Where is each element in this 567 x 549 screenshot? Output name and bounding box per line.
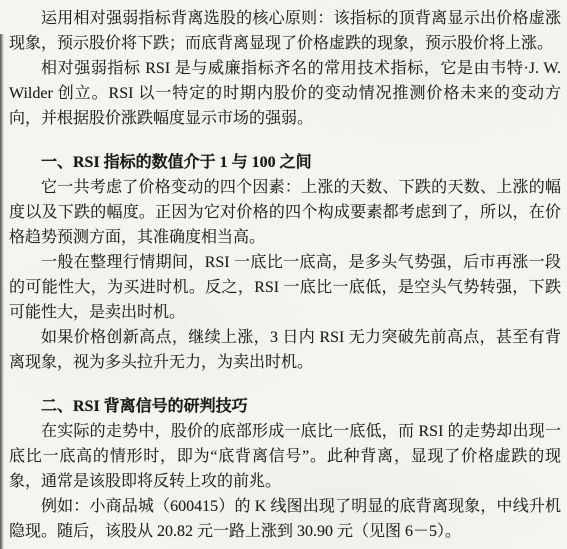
body-paragraph: 例如：小商品城（600415）的 K 线图出现了明显的底背离现象，中线升机隐现。… xyxy=(9,494,561,544)
body-paragraph: 在实际的走势中，股价的底部形成一底比一底低，而 RSI 的走势却出现一底比一底高… xyxy=(9,419,561,494)
body-paragraph: 相对强弱指标 RSI 是与威廉指标齐名的常用技术指标，它是由韦特·J. W. W… xyxy=(9,56,561,131)
scanned-book-page: 运用相对强弱指标背离选股的核心原则：该指标的顶背离显示出价格虚涨现象，预示股价将… xyxy=(0,0,567,549)
body-paragraph: 如果价格创新高点，继续上涨，3 日内 RSI 无力突破先前高点，甚至有背离现象，… xyxy=(9,325,561,375)
body-paragraph: 一般在整理行情期间，RSI 一底比一底高，是多头气势强，后市再涨一段的可能性大，… xyxy=(9,250,561,325)
body-paragraph: 运用相对强弱指标背离选股的核心原则：该指标的顶背离显示出价格虚涨现象，预示股价将… xyxy=(9,6,561,56)
section-heading-rsi-divergence-signal: 二、RSI 背离信号的研判技巧 xyxy=(9,394,561,419)
document-text-block: 运用相对强弱指标背离选股的核心原则：该指标的顶背离显示出价格虚涨现象，预示股价将… xyxy=(9,6,561,544)
page-gutter-shadow xyxy=(0,34,4,549)
body-paragraph: 它一共考虑了价格变动的四个因素：上涨的天数、下跌的天数、上涨的幅度以及下跌的幅度… xyxy=(9,175,561,250)
section-heading-rsi-value-range: 一、RSI 指标的数值介于 1 与 100 之间 xyxy=(9,150,561,175)
